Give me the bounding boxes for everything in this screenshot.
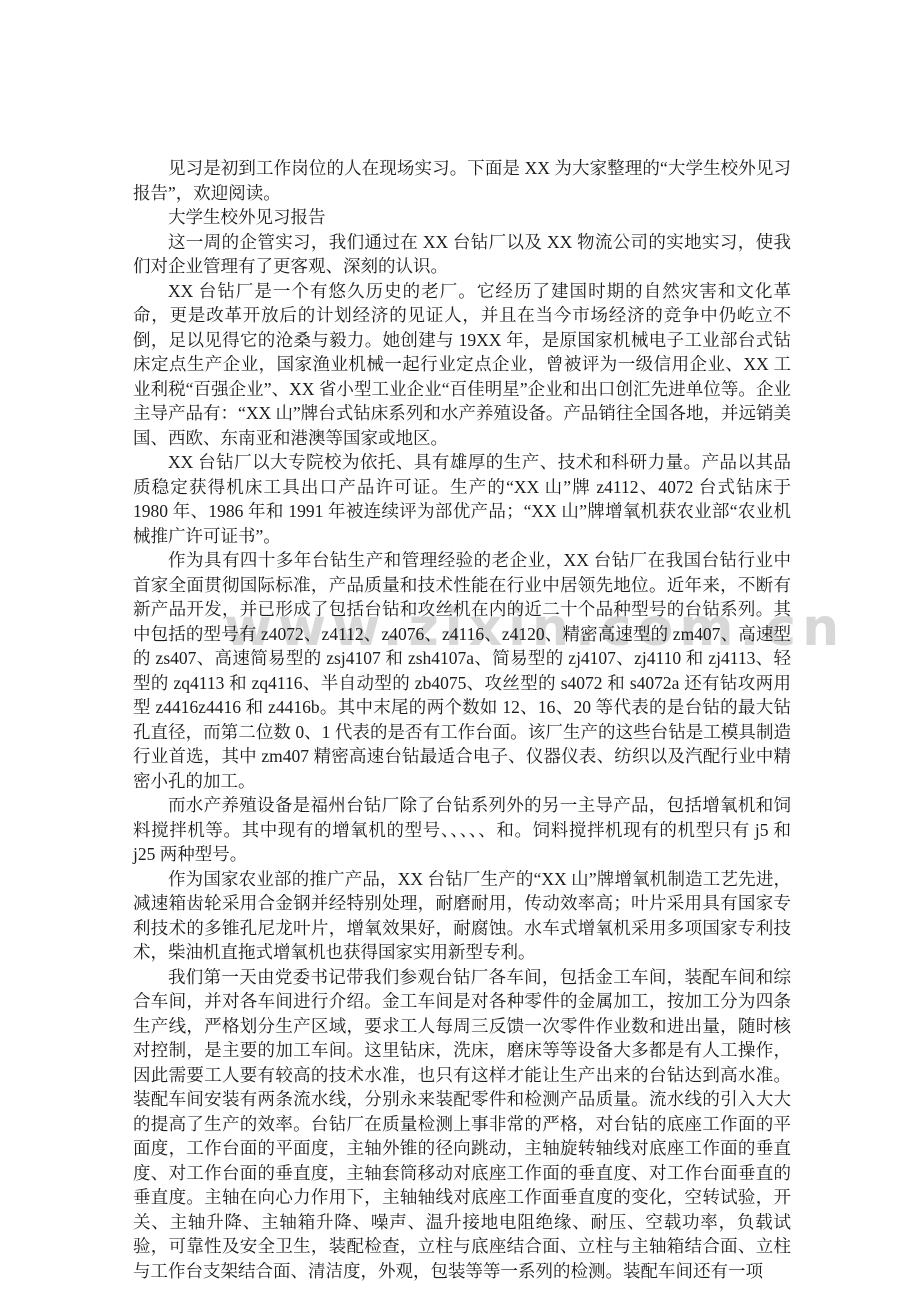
document-body: 见习是初到工作岗位的人在现场实习。下面是 XX 为大家整理的“大学生校外见习报告… — [133, 156, 791, 1283]
paragraph: XX 台钻厂是一个有悠久历史的老厂。它经历了建国时期的自然灾害和文化革命，更是改… — [133, 279, 791, 451]
paragraph: XX 台钻厂以大专院校为依托、具有雄厚的生产、技术和科研力量。产品以其品质稳定获… — [133, 450, 791, 548]
document-page: www.zixin.com.cn 见习是初到工作岗位的人在现场实习。下面是 XX… — [0, 0, 920, 1302]
paragraph: 这一周的企管实习，我们通过在 XX 台钻厂以及 XX 物流公司的实地实习，使我们… — [133, 230, 791, 279]
paragraph-intro: 见习是初到工作岗位的人在现场实习。下面是 XX 为大家整理的“大学生校外见习报告… — [133, 156, 791, 205]
paragraph: 作为国家农业部的推广产品，XX 台钻厂生产的“XX 山”牌增氧机制造工艺先进，减… — [133, 867, 791, 965]
document-title: 大学生校外见习报告 — [133, 205, 791, 230]
paragraph: 而水产养殖设备是福州台钻厂除了台钻系列外的另一主导产品，包括增氧机和饲料搅拌机等… — [133, 793, 791, 867]
paragraph: 作为具有四十多年台钻生产和管理经验的老企业，XX 台钻厂在我国台钻行业中首家全面… — [133, 548, 791, 793]
paragraph: 我们第一天由党委书记带我们参观台钻厂各车间，包括金工车间，装配车间和综合车间，并… — [133, 965, 791, 1284]
